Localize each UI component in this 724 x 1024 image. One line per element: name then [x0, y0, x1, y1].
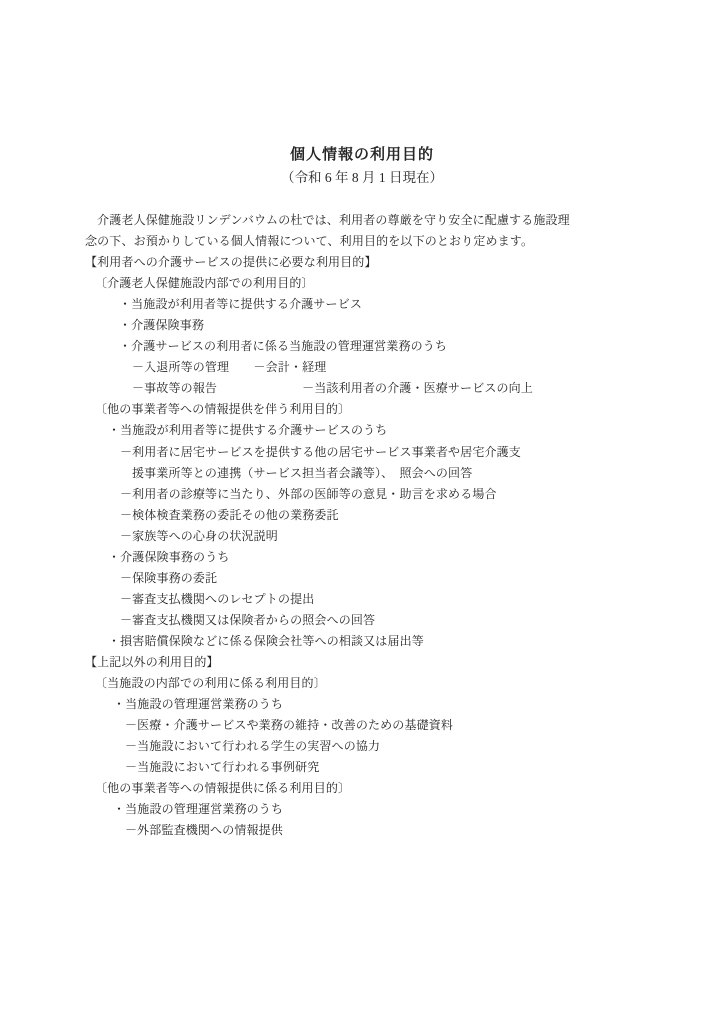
document-date-line: （令和 6 年 8 月 1 日現在）: [0, 167, 724, 189]
doc-line: 念の下、お預かりしている個人情報について、利用目的を以下のとおり定めます。: [85, 231, 684, 252]
doc-line: －外部監査機関への情報提供: [85, 820, 684, 841]
doc-line: ・介護保険事務: [85, 315, 684, 336]
document-body: 介護老人保健施設リンデンバウムの杜では、利用者の尊厳を守り安全に配慮する施設理念…: [85, 210, 684, 841]
doc-line: －家族等への心身の状況説明: [85, 526, 684, 547]
doc-line: －事故等の報告 －当該利用者の介護・医療サービスの向上: [85, 378, 684, 399]
doc-line: ・介護サービスの利用者に係る当施設の管理運営業務のうち: [85, 336, 684, 357]
document-title: 個人情報の利用目的: [0, 143, 724, 167]
doc-line: －審査支払機関又は保険者からの照会への回答: [85, 610, 684, 631]
doc-line: 〔当施設の内部での利用に係る利用目的〕: [85, 673, 684, 694]
doc-line: －当施設において行われる学生の実習への協力: [85, 736, 684, 757]
doc-line: 〔他の事業者等への情報提供を伴う利用目的〕: [85, 399, 684, 420]
doc-line: ・介護保険事務のうち: [85, 547, 684, 568]
doc-line: －医療・介護サービスや業務の維持・改善のための基礎資料: [85, 715, 684, 736]
doc-line: ・当施設が利用者等に提供する介護サービスのうち: [85, 420, 684, 441]
doc-line: 〔他の事業者等への情報提供に係る利用目的〕: [85, 778, 684, 799]
doc-line: －保険事務の委託: [85, 568, 684, 589]
doc-line: －審査支払機関へのレセプトの提出: [85, 589, 684, 610]
doc-line: 〔介護老人保健施設内部での利用目的〕: [85, 273, 684, 294]
doc-line: ・損害賠償保険などに係る保険会社等への相談又は届出等: [85, 631, 684, 652]
doc-line: ・当施設が利用者等に提供する介護サービス: [85, 294, 684, 315]
doc-line: ・当施設の管理運営業務のうち: [85, 799, 684, 820]
doc-line: －当施設において行われる事例研究: [85, 757, 684, 778]
doc-line: －入退所等の管理 －会計・経理: [85, 357, 684, 378]
doc-line: －利用者に居宅サービスを提供する他の居宅サービス事業者や居宅介護支: [85, 442, 684, 463]
doc-line: ・当施設の管理運営業務のうち: [85, 694, 684, 715]
doc-line: －利用者の診療等に当たり、外部の医師等の意見・助言を求める場合: [85, 484, 684, 505]
title-body-spacer: [0, 189, 724, 210]
doc-line: 【利用者への介護サービスの提供に必要な利用目的】: [85, 252, 684, 273]
doc-line: 介護老人保健施設リンデンバウムの杜では、利用者の尊厳を守り安全に配慮する施設理: [85, 210, 684, 231]
doc-line: －検体検査業務の委託その他の業務委託: [85, 505, 684, 526]
document-content: 個人情報の利用目的 （令和 6 年 8 月 1 日現在） 介護老人保健施設リンデ…: [0, 0, 724, 841]
doc-line: 【上記以外の利用目的】: [85, 652, 684, 673]
document-page: 個人情報の利用目的 （令和 6 年 8 月 1 日現在） 介護老人保健施設リンデ…: [0, 0, 724, 1024]
doc-line: 援事業所等との連携（サービス担当者会議等）、 照会への回答: [85, 463, 684, 484]
